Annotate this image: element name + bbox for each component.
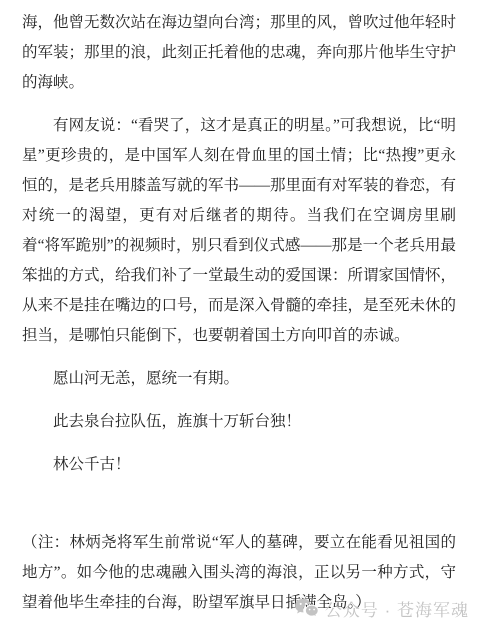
article-page: 海，他曾无数次站在海边望向台湾；那里的风，曾吹过他年轻时的军装；那里的浪，此刻正… (0, 0, 478, 631)
paragraph-opening-continuation: 海，他曾无数次站在海边望向台湾；那里的风，曾吹过他年轻时的军装；那里的浪，此刻正… (22, 8, 456, 98)
watermark-label: 公众号 · 苍海军魂 (325, 596, 469, 621)
paragraph-commentary: 有网友说：“看哭了，这才是真正的明星。”可我想说，比“明星”更珍贵的，是中国军人… (22, 111, 456, 351)
paragraph-wish: 愿山河无恙，愿统一有期。 (22, 364, 456, 394)
wechat-icon (294, 598, 319, 619)
article-body: 海，他曾无数次站在海边望向台湾；那里的风，曾吹过他年轻时的军装；那里的浪，此刻正… (0, 0, 478, 618)
paragraph-tribute: 林公千古！ (22, 450, 456, 480)
watermark: 公众号 · 苍海军魂 (294, 596, 469, 621)
paragraph-battle-cry: 此去泉台拉队伍，旌旗十万斩台独！ (22, 407, 456, 437)
